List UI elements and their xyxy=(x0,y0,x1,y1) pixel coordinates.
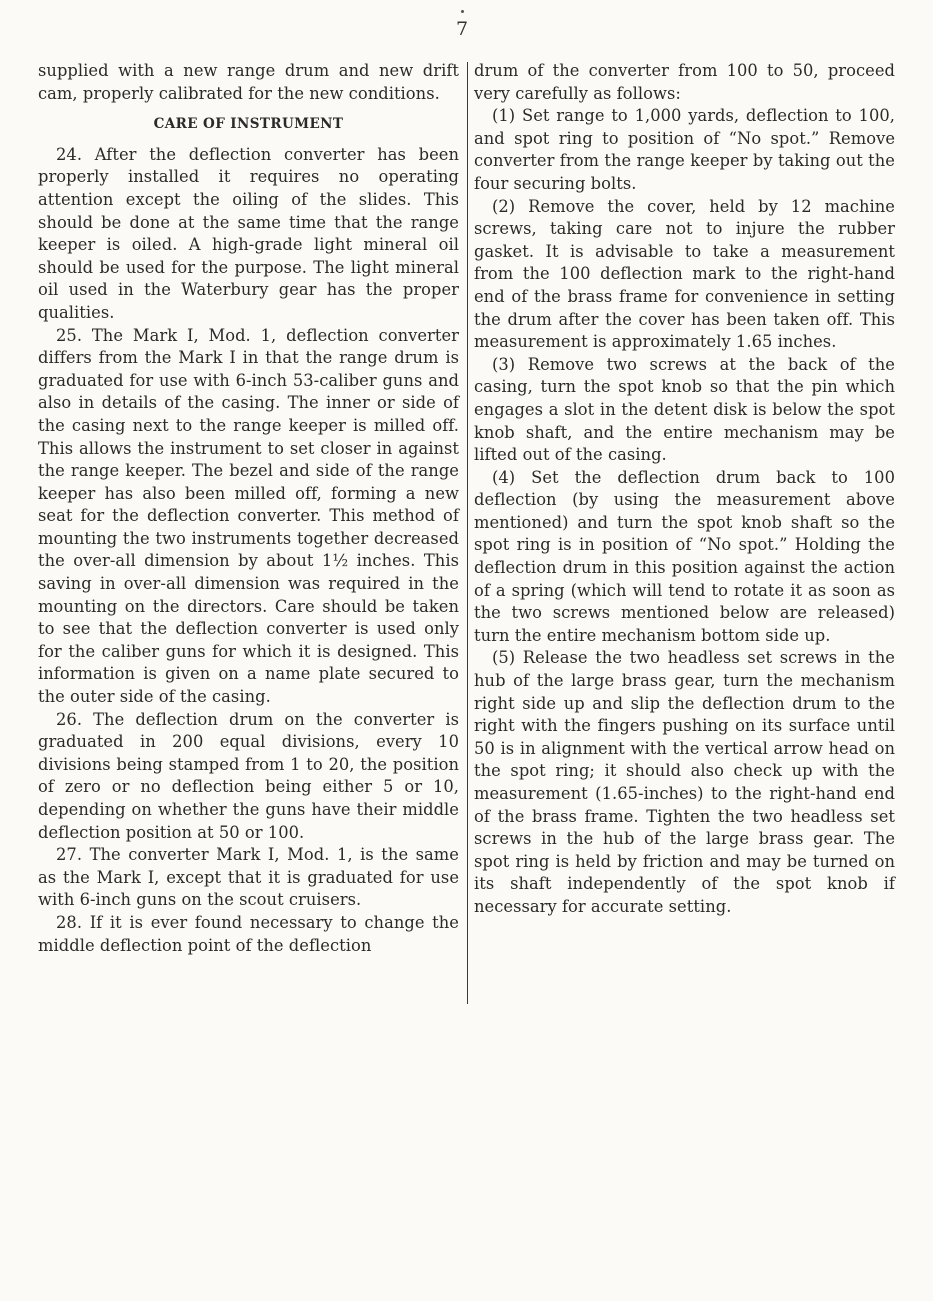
step-5: (5) Release the two headless set screws … xyxy=(474,647,895,918)
paragraph-26: 26. The deflection drum on the converter… xyxy=(38,709,459,845)
step-3: (3) Remove two screws at the back of the… xyxy=(474,354,895,467)
section-heading: CARE OF INSTRUMENT xyxy=(38,113,459,136)
page-mark xyxy=(461,10,464,13)
step-1: (1) Set range to 1,000 yards, deflection… xyxy=(474,105,895,195)
paragraph-25: 25. The Mark I, Mod. 1, deflection conve… xyxy=(38,325,459,709)
step-2: (2) Remove the cover, held by 12 machine… xyxy=(474,196,895,354)
continuation-text: supplied with a new range drum and new d… xyxy=(38,60,459,105)
paragraph-28: 28. If it is ever found necessary to cha… xyxy=(38,912,459,957)
left-column: supplied with a new range drum and new d… xyxy=(38,60,459,957)
right-column: drum of the converter from 100 to 50, pr… xyxy=(474,60,895,919)
step-4: (4) Set the deflection drum back to 100 … xyxy=(474,467,895,648)
column-divider xyxy=(467,62,468,1004)
paragraph-24: 24. After the deflection converter has b… xyxy=(38,144,459,325)
page-number: 7 xyxy=(456,18,468,40)
continuation-text: drum of the converter from 100 to 50, pr… xyxy=(474,60,895,105)
paragraph-27: 27. The converter Mark I, Mod. 1, is the… xyxy=(38,844,459,912)
